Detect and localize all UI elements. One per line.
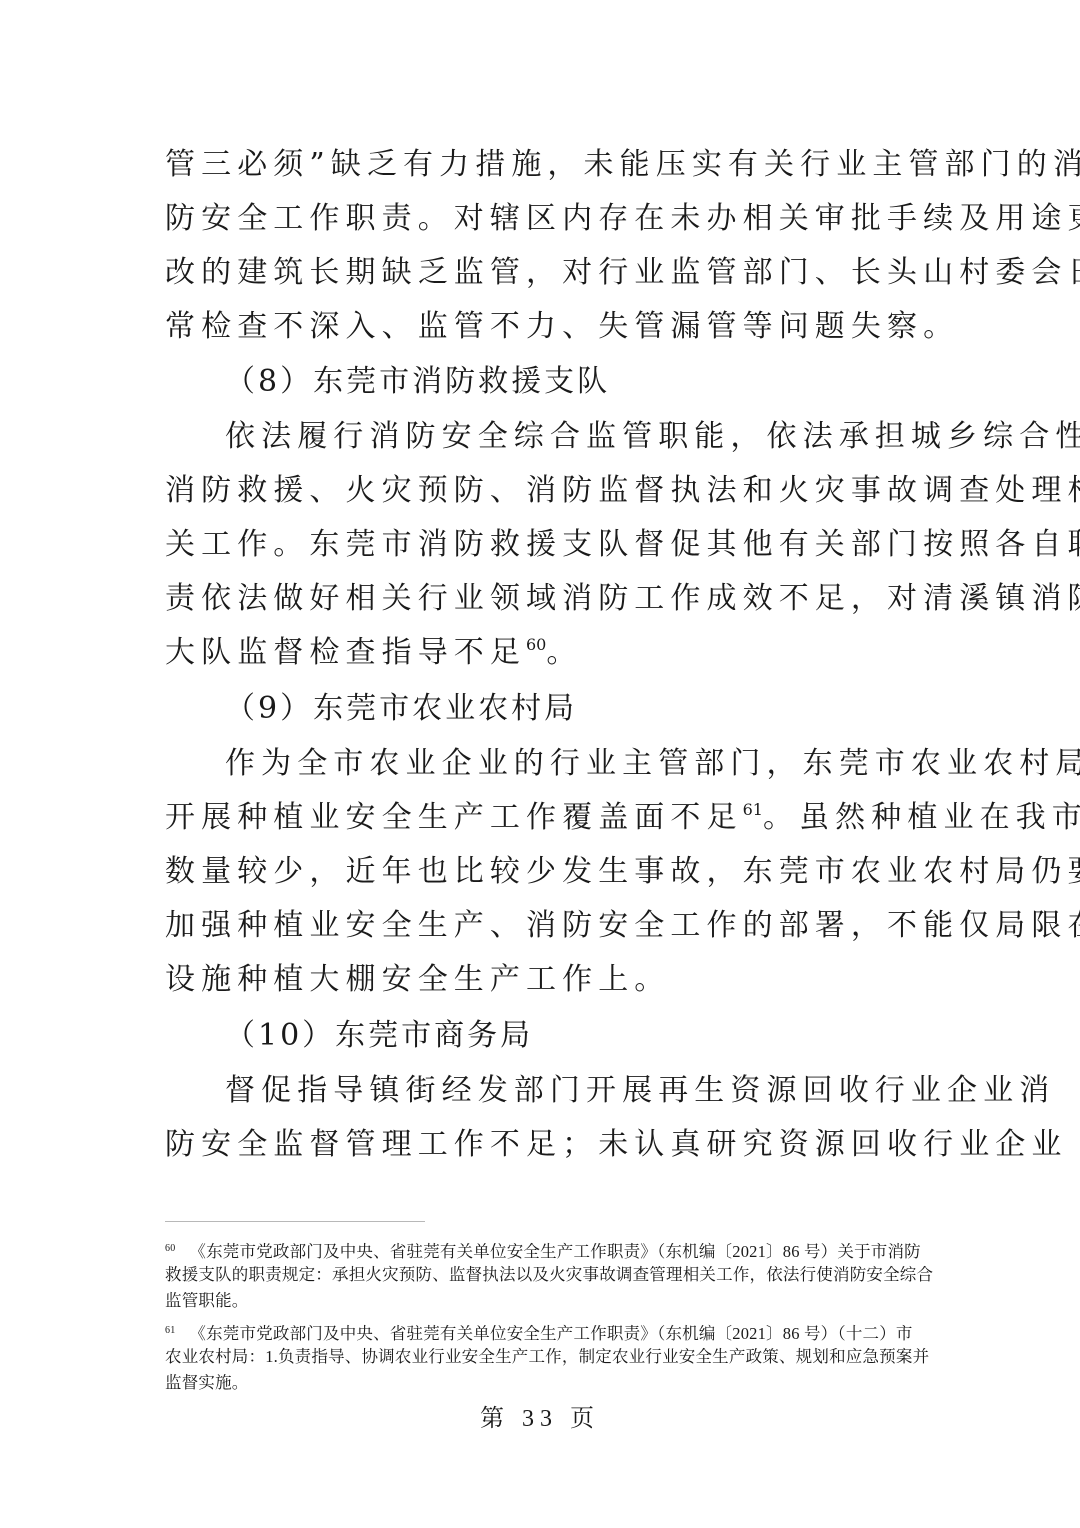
text-span: 。 — [546, 635, 582, 670]
footnote-line: 监管职能。 — [165, 1288, 920, 1314]
text-span: 《东莞市党政部门及中央、省驻莞有关单位安全生产工作职责》（东机编〔2021〕86… — [189, 1242, 920, 1261]
section-heading: （10）东莞市商务局 — [225, 1016, 975, 1056]
footnote-number: 60 — [165, 1243, 175, 1254]
page-number: 第 33 页 — [0, 1398, 1080, 1433]
body-text-line: 加强种植业安全生产、消防安全工作的部署，不能仅局限在 — [165, 906, 915, 946]
body-text-line: 大队监督检查指导不足60。 — [165, 633, 915, 673]
body-text-line: 依法履行消防安全综合监管职能，依法承担城乡综合性 — [225, 417, 915, 457]
section-heading: （8）东莞市消防救援支队 — [225, 362, 975, 402]
footnote-line: 农业农村局：1.负责指导、协调农业行业安全生产工作，制定农业行业安全生产政策、规… — [165, 1344, 920, 1370]
body-text-line: 督促指导镇街经发部门开展再生资源回收行业企业消 — [225, 1071, 915, 1111]
footnote-number: 61 — [165, 1325, 175, 1336]
body-text-line: 防安全工作职责。对辖区内存在未办相关审批手续及用途更 — [165, 199, 915, 239]
section-heading: （9）东莞市农业农村局 — [225, 689, 975, 729]
body-text-line: 设施种植大棚安全生产工作上。 — [165, 960, 915, 1000]
body-text-line: 开展种植业安全生产工作覆盖面不足61。虽然种植业在我市 — [165, 798, 915, 838]
footnote-line: 60《东莞市党政部门及中央、省驻莞有关单位安全生产工作职责》（东机编〔2021〕… — [165, 1236, 920, 1265]
body-text-line: 消防救援、火灾预防、消防监督执法和火灾事故调查处理相 — [165, 471, 915, 511]
body-text-line: 改的建筑长期缺乏监管，对行业监管部门、长头山村委会日 — [165, 253, 915, 293]
text-span: 《东莞市党政部门及中央、省驻莞有关单位安全生产工作职责》（东机编〔2021〕86… — [189, 1324, 912, 1343]
footnote-ref[interactable]: 61 — [743, 800, 763, 819]
footnote-ref[interactable]: 60 — [526, 635, 546, 654]
footnote-line: 61《东莞市党政部门及中央、省驻莞有关单位安全生产工作职责》（东机编〔2021〕… — [165, 1318, 920, 1347]
footnote-line: 监督实施。 — [165, 1370, 920, 1396]
body-text-line: 防安全监督管理工作不足；未认真研究资源回收行业企业 — [165, 1125, 915, 1165]
body-text-line: 作为全市农业企业的行业主管部门，东莞市农业农村局 — [225, 744, 915, 784]
footnote-line: 救援支队的职责规定：承担火灾预防、监督执法以及火灾事故调查管理相关工作，依法行使… — [165, 1262, 920, 1288]
body-text-line: 关工作。东莞市消防救援支队督促其他有关部门按照各自职 — [165, 525, 915, 565]
body-text-line: 常检查不深入、监管不力、失管漏管等问题失察。 — [165, 307, 915, 347]
footnote-divider — [165, 1221, 425, 1222]
text-span: 大队监督检查指导不足 — [165, 635, 526, 670]
body-text-line: 管三必须”缺乏有力措施，未能压实有关行业主管部门的消 — [165, 145, 915, 185]
text-span: 开展种植业安全生产工作覆盖面不足 — [165, 800, 743, 835]
body-text-line: 责依法做好相关行业领域消防工作成效不足，对清溪镇消防 — [165, 579, 915, 619]
text-span: 。虽然种植业在我市 — [763, 800, 1080, 835]
body-text-line: 数量较少，近年也比较少发生事故，东莞市农业农村局仍要 — [165, 852, 915, 892]
